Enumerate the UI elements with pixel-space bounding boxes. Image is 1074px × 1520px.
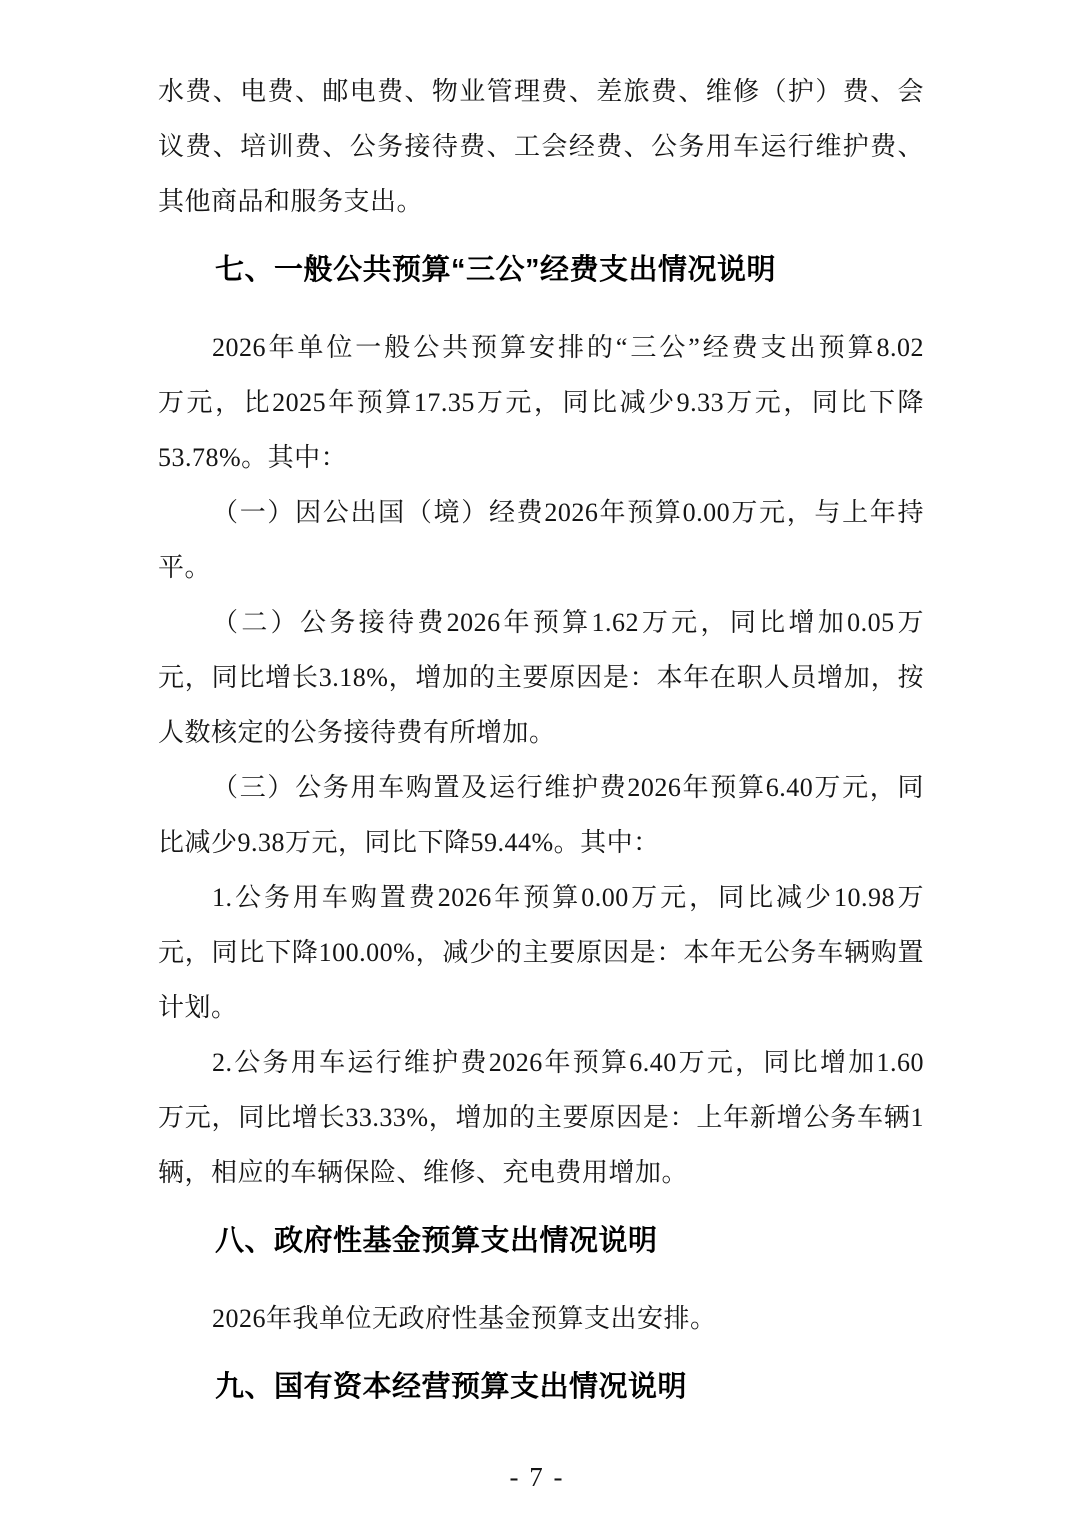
heading-section-7-three-public-expenses: 七、一般公共预算“三公”经费支出情况说明 <box>158 243 924 298</box>
document-body: 水费、电费、邮电费、物业管理费、差旅费、维修（护）费、会 议费、培训费、公务接待… <box>158 64 924 1437</box>
page-number: - 7 - <box>0 1462 1074 1493</box>
text-line: 1.公务用车购置费2026年预算0.00万元，同比减少10.98万 <box>158 870 924 925</box>
paragraph-three-public-overview: 2026年单位一般公共预算安排的“三公”经费支出预算8.02 万元，比2025年… <box>158 320 924 485</box>
paragraph-outbound-travel-expense: （一）因公出国（境）经费2026年预算0.00万元，与上年持 平。 <box>158 485 924 595</box>
text-line: 万元，比2025年预算17.35万元，同比减少9.33万元，同比下降 <box>158 375 924 430</box>
paragraph-vehicle-total-expense: （三）公务用车购置及运行维护费2026年预算6.40万元，同 比减少9.38万元… <box>158 760 924 870</box>
heading-section-9-state-capital-budget: 九、国有资本经营预算支出情况说明 <box>158 1360 924 1415</box>
heading-section-8-government-fund-budget: 八、政府性基金预算支出情况说明 <box>158 1214 924 1269</box>
text-line: 万元，同比增长33.33%，增加的主要原因是：上年新增公务车辆1 <box>158 1090 924 1145</box>
text-line: 2.公务用车运行维护费2026年预算6.40万元，同比增加1.60 <box>158 1035 924 1090</box>
text-line: 2026年单位一般公共预算安排的“三公”经费支出预算8.02 <box>158 320 924 375</box>
paragraph-vehicle-operation-expense: 2.公务用车运行维护费2026年预算6.40万元，同比增加1.60 万元，同比增… <box>158 1035 924 1200</box>
paragraph-goods-services-expense-items: 水费、电费、邮电费、物业管理费、差旅费、维修（护）费、会 议费、培训费、公务接待… <box>158 64 924 229</box>
text-line: （三）公务用车购置及运行维护费2026年预算6.40万元，同 <box>158 760 924 815</box>
text-line: 2026年我单位无政府性基金预算支出安排。 <box>158 1291 924 1346</box>
text-line: 元，同比增长3.18%，增加的主要原因是：本年在职人员增加，按 <box>158 650 924 705</box>
text-line: 水费、电费、邮电费、物业管理费、差旅费、维修（护）费、会 <box>158 64 924 119</box>
paragraph-official-reception-expense: （二）公务接待费2026年预算1.62万元，同比增加0.05万 元，同比增长3.… <box>158 595 924 760</box>
text-line: （二）公务接待费2026年预算1.62万元，同比增加0.05万 <box>158 595 924 650</box>
text-line: 其他商品和服务支出。 <box>158 174 924 229</box>
paragraph-government-fund-budget: 2026年我单位无政府性基金预算支出安排。 <box>158 1291 924 1346</box>
text-line: 平。 <box>158 540 924 595</box>
text-line: 议费、培训费、公务接待费、工会经费、公务用车运行维护费、 <box>158 119 924 174</box>
document-page: 水费、电费、邮电费、物业管理费、差旅费、维修（护）费、会 议费、培训费、公务接待… <box>0 0 1074 1520</box>
text-line: 计划。 <box>158 980 924 1035</box>
paragraph-vehicle-purchase-expense: 1.公务用车购置费2026年预算0.00万元，同比减少10.98万 元，同比下降… <box>158 870 924 1035</box>
text-line: 比减少9.38万元，同比下降59.44%。其中： <box>158 815 924 870</box>
text-line: 辆，相应的车辆保险、维修、充电费用增加。 <box>158 1145 924 1200</box>
text-line: 人数核定的公务接待费有所增加。 <box>158 705 924 760</box>
text-line: 53.78%。其中： <box>158 430 924 485</box>
text-line: （一）因公出国（境）经费2026年预算0.00万元，与上年持 <box>158 485 924 540</box>
text-line: 元，同比下降100.00%，减少的主要原因是：本年无公务车辆购置 <box>158 925 924 980</box>
